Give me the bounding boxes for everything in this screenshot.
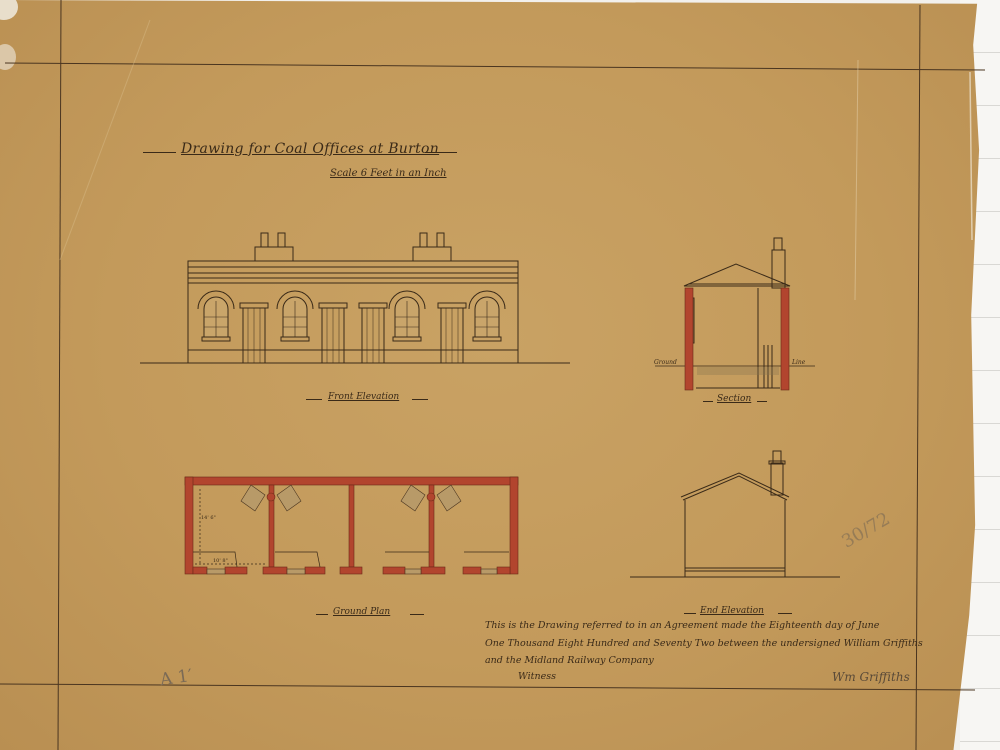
title-dash-left bbox=[143, 152, 176, 153]
drawing-title: Drawing for Coal Offices at Burton bbox=[181, 141, 439, 157]
plan-vertical-dimension: 14' 6" bbox=[201, 515, 216, 521]
front-elevation-caption: Front Elevation bbox=[328, 392, 399, 402]
caption-dash bbox=[410, 614, 424, 615]
scanned-drawing-sheet: Drawing for Coal Offices at Burton Scale… bbox=[0, 0, 1000, 750]
caption-dash bbox=[306, 399, 322, 400]
ground-label: Ground bbox=[654, 359, 677, 366]
caption-dash bbox=[412, 399, 428, 400]
agreement-line-3: and the Midland Railway Company bbox=[485, 655, 654, 666]
front-elevation-drawing bbox=[140, 225, 570, 375]
line-label: Line bbox=[791, 359, 806, 366]
drawing-scale: Scale 6 Feet in an Inch bbox=[330, 168, 447, 179]
end-elevation-drawing bbox=[625, 445, 845, 585]
caption-dash bbox=[316, 614, 328, 615]
end-elevation-caption: End Elevation bbox=[700, 606, 764, 616]
caption-dash bbox=[757, 401, 767, 402]
caption-dash bbox=[778, 613, 792, 614]
section-drawing: Ground Line bbox=[640, 230, 820, 400]
caption-dash bbox=[703, 401, 713, 402]
section-caption: Section bbox=[717, 394, 751, 404]
agreement-line-2: One Thousand Eight Hundred and Seventy T… bbox=[485, 638, 923, 649]
plan-horizontal-dimension: 10' 8" bbox=[213, 558, 228, 564]
witness-label: Witness bbox=[518, 671, 556, 682]
signature: Wm Griffiths bbox=[832, 670, 910, 684]
agreement-line-1: This is the Drawing referred to in an Ag… bbox=[485, 620, 879, 631]
title-dash-right bbox=[425, 152, 457, 153]
ground-plan-caption: Ground Plan bbox=[333, 607, 390, 617]
ground-plan-drawing: 14' 6" 10' 8" bbox=[185, 477, 520, 577]
caption-dash bbox=[684, 613, 696, 614]
